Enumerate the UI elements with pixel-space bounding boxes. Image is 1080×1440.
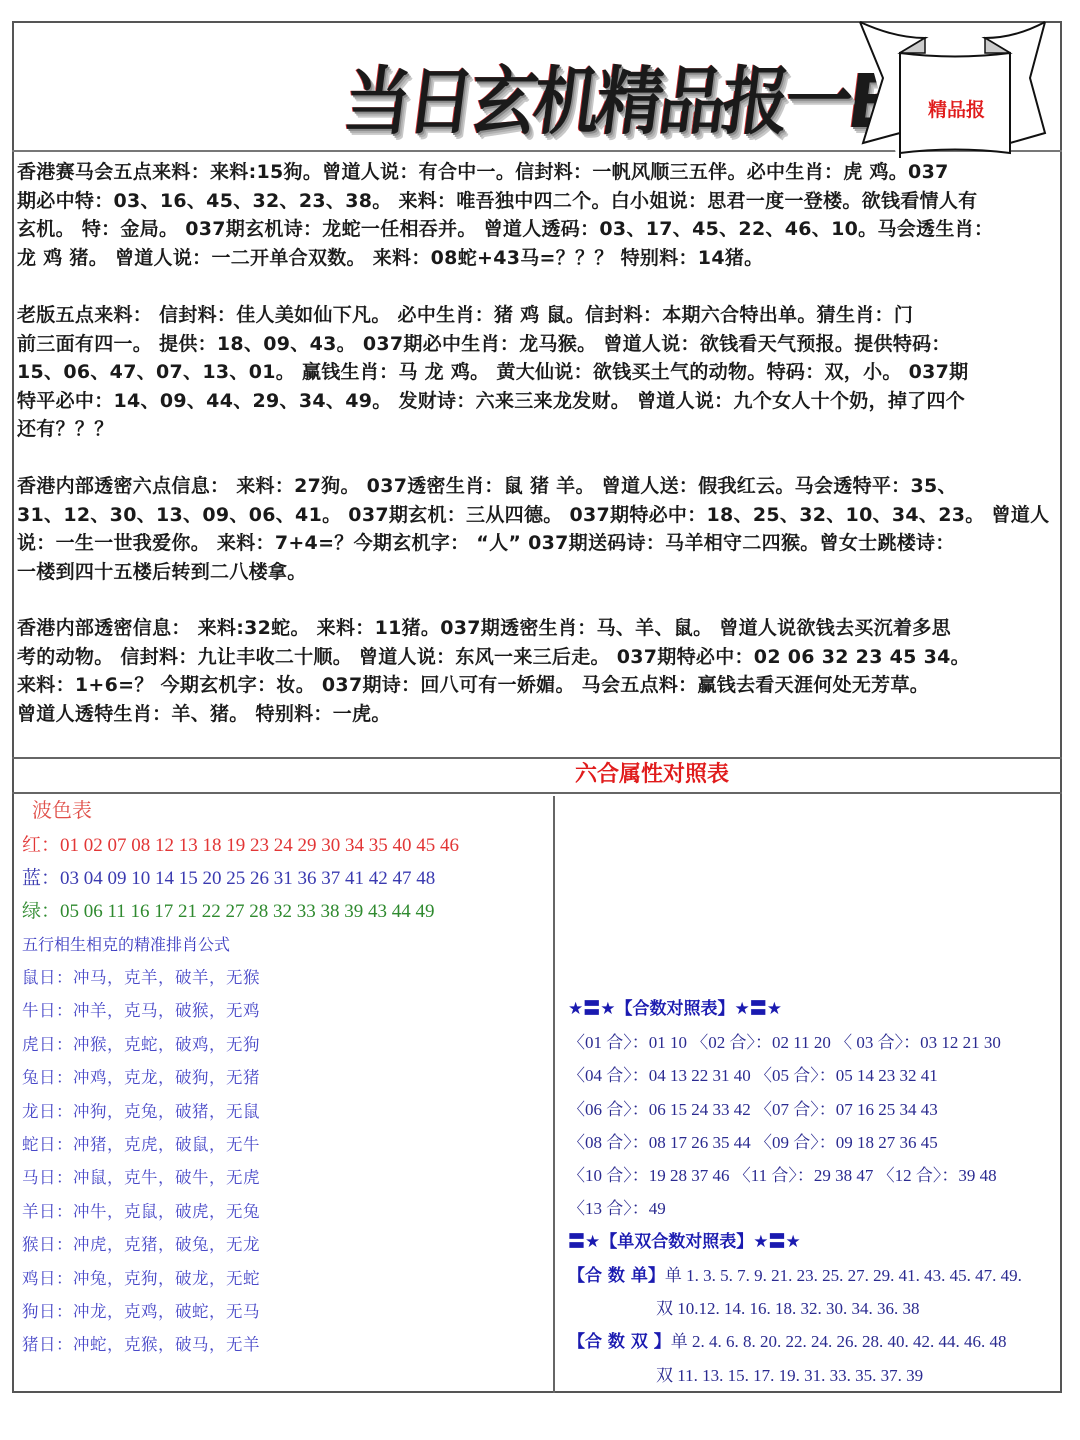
wave-row-blue: 蓝：03 04 09 10 14 15 20 25 26 31 36 37 41… — [22, 862, 547, 895]
even-sum-double-row: 双 11. 13. 15. 17. 19. 31. 33. 35. 37. 39 — [568, 1359, 1058, 1392]
section-title: 六合属性对照表 — [12, 758, 1062, 792]
wave-label: 绿： — [22, 901, 60, 922]
sum-row: 〈01 合〉：01 10 〈02 合〉：02 11 20 〈 03 合〉：03 … — [568, 1026, 1058, 1059]
text-line: 香港内部透密六点信息： 来料：27狗。 037透密生肖：鼠 猪 羊。 曾道人送：… — [17, 472, 1062, 501]
odd-sum-single-row: 【合 数 单】单 1. 3. 5. 7. 9. 21. 23. 25. 27. … — [568, 1259, 1058, 1292]
text-line: 玄机。 特：金局。 037期玄机诗：龙蛇一任相吞并。 曾道人透码：03、17、4… — [17, 215, 1062, 244]
zodiac-row: 鼠日：冲马，克羊，破羊，无猴 — [22, 961, 547, 994]
wave-row-red: 红：01 02 07 08 12 13 18 19 23 24 29 30 34… — [22, 829, 547, 862]
zodiac-row: 鸡日：冲兔，克狗，破龙，无蛇 — [22, 1262, 547, 1295]
even-sum-single: 单 2. 4. 6. 8. 20. 22. 24. 26. 28. 40. 42… — [671, 1332, 1007, 1351]
wave-label: 红： — [22, 835, 60, 856]
text-line: 还有？？？ — [17, 415, 1062, 444]
wave-numbers: 03 04 09 10 14 15 20 25 26 31 36 37 41 4… — [60, 868, 435, 889]
zodiac-row: 狗日：冲龙，克鸡，破蛇，无马 — [22, 1295, 547, 1328]
paragraph-old-edition: 老版五点来料： 信封料：佳人美如仙下凡。 必中生肖：猪 鸡 鼠。信封料：本期六合… — [17, 301, 1062, 444]
sum-table-title: ★〓★【合数对照表】★〓★ — [568, 993, 1058, 1026]
text-line: 期必中特：03、16、45、32、23、38。 来料：唯吾独中四二个。白小姐说：… — [17, 187, 1062, 216]
formula-title: 五行相生相克的精准排肖公式 — [22, 928, 547, 961]
zodiac-row: 兔日：冲鸡，克龙，破狗，无猪 — [22, 1061, 547, 1094]
column-divider — [553, 796, 555, 1393]
text-line: 考的动物。 信封料：九让丰收二十顺。 曾道人说：东风一来三后走。 037期特必中… — [17, 643, 1062, 672]
wave-row-green: 绿：05 06 11 16 17 21 22 27 28 32 33 38 39… — [22, 895, 547, 928]
section-divider-bottom — [12, 792, 1062, 794]
paragraph-hk-internal: 香港内部透密信息： 来料:32蛇。 来料：11猪。037期透密生肖：马、羊、鼠。… — [17, 614, 1062, 728]
text-line: 说：一生一世我爱你。 来料：7+4=？今期玄机字： “人” 037期送码诗：马羊… — [17, 529, 1062, 558]
text-line: 老版五点来料： 信封料：佳人美如仙下凡。 必中生肖：猪 鸡 鼠。信封料：本期六合… — [17, 301, 1062, 330]
text-line: 龙 鸡 猪。 曾道人说：一二开单合双数。 来料：08蛇+43马=？？？ 特别料：… — [17, 244, 1062, 273]
zodiac-row: 猪日：冲蛇，克猴，破马，无羊 — [22, 1328, 547, 1361]
text-line: 31、12、30、13、09、06、41。 037期玄机：三从四德。 037期特… — [17, 501, 1062, 530]
zodiac-row: 猴日：冲虎，克猪，破兔，无龙 — [22, 1228, 547, 1261]
even-sum-single-row: 【合 数 双 】单 2. 4. 6. 8. 20. 22. 24. 26. 28… — [568, 1325, 1058, 1358]
sum-row: 〈04 合〉：04 13 22 31 40 〈05 合〉：05 14 23 32… — [568, 1059, 1058, 1092]
zodiac-row: 虎日：冲猴，克蛇，破鸡，无狗 — [22, 1028, 547, 1061]
zodiac-row: 龙日：冲狗，克兔，破猪，无鼠 — [22, 1095, 547, 1128]
odd-sum-double-row: 双 10.12. 14. 16. 18. 32. 30. 34. 36. 38 — [568, 1292, 1058, 1325]
text-line: 前三面有四一。 提供：18、09、43。 037期必中生肖：龙马猴。 曾道人说：… — [17, 330, 1062, 359]
zodiac-row: 马日：冲鼠，克牛，破牛，无虎 — [22, 1161, 547, 1194]
zodiac-row: 羊日：冲牛，克鼠，破虎，无兔 — [22, 1195, 547, 1228]
odd-sum-single: 单 1. 3. 5. 7. 9. 21. 23. 25. 27. 29. 41.… — [665, 1266, 1022, 1285]
odd-even-table-title: 〓★【单双合数对照表】★〓★ — [568, 1226, 1058, 1259]
paragraph-hk-five-point: 香港赛马会五点来料：来料:15狗。曾道人说：有合中一。信封料：一帆风顺三五伴。必… — [17, 158, 1062, 272]
ribbon-label: 精品报 — [928, 95, 985, 122]
zodiac-row: 蛇日：冲猪，克虎，破鼠，无牛 — [22, 1128, 547, 1161]
left-column: 波色表 红：01 02 07 08 12 13 18 19 23 24 29 3… — [22, 796, 547, 1362]
text-line: 特平必中：14、09、44、29、34、49。 发财诗：六来三来龙发财。 曾道人… — [17, 387, 1062, 416]
odd-sum-label: 【合 数 单】 — [568, 1266, 665, 1286]
ribbon-badge-icon — [855, 18, 1055, 158]
text-line: 香港赛马会五点来料：来料:15狗。曾道人说：有合中一。信封料：一帆风顺三五伴。必… — [17, 158, 1062, 187]
sum-row: 〈13 合〉：49 — [568, 1192, 1058, 1225]
wave-numbers: 01 02 07 08 12 13 18 19 23 24 29 30 34 3… — [60, 835, 459, 856]
text-line: 曾道人透特生肖：羊、猪。 特别料：一虎。 — [17, 700, 1062, 729]
sum-row: 〈06 合〉：06 15 24 33 42 〈07 合〉：07 16 25 34… — [568, 1093, 1058, 1126]
wave-numbers: 05 06 11 16 17 21 22 27 28 32 33 38 39 4… — [60, 901, 435, 922]
wave-table-title: 波色表 — [32, 796, 547, 829]
page-title: 当日玄机精品报一B — [339, 43, 904, 149]
text-line: 香港内部透密信息： 来料:32蛇。 来料：11猪。037期透密生肖：马、羊、鼠。… — [17, 614, 1062, 643]
text-line: 一楼到四十五楼后转到二八楼拿。 — [17, 558, 1062, 587]
paragraph-hk-internal-six: 香港内部透密六点信息： 来料：27狗。 037透密生肖：鼠 猪 羊。 曾道人送：… — [17, 472, 1062, 586]
right-column: ★〓★【合数对照表】★〓★ 〈01 合〉：01 10 〈02 合〉：02 11 … — [568, 993, 1058, 1392]
sum-row: 〈10 合〉：19 28 37 46 〈11 合〉：29 38 47 〈12 合… — [568, 1159, 1058, 1192]
sum-row: 〈08 合〉：08 17 26 35 44 〈09 合〉：09 18 27 36… — [568, 1126, 1058, 1159]
text-line: 15、06、47、07、13、01。 赢钱生肖：马 龙 鸡。 黄大仙说：欲钱买土… — [17, 358, 1062, 387]
zodiac-row: 牛日：冲羊，克马，破猴，无鸡 — [22, 994, 547, 1027]
even-sum-label: 【合 数 双 】 — [568, 1332, 671, 1352]
wave-label: 蓝： — [22, 868, 60, 889]
text-line: 来料：1+6=？ 今期玄机字：妆。 037期诗：回八可有一娇媚。 马会五点料：赢… — [17, 671, 1062, 700]
